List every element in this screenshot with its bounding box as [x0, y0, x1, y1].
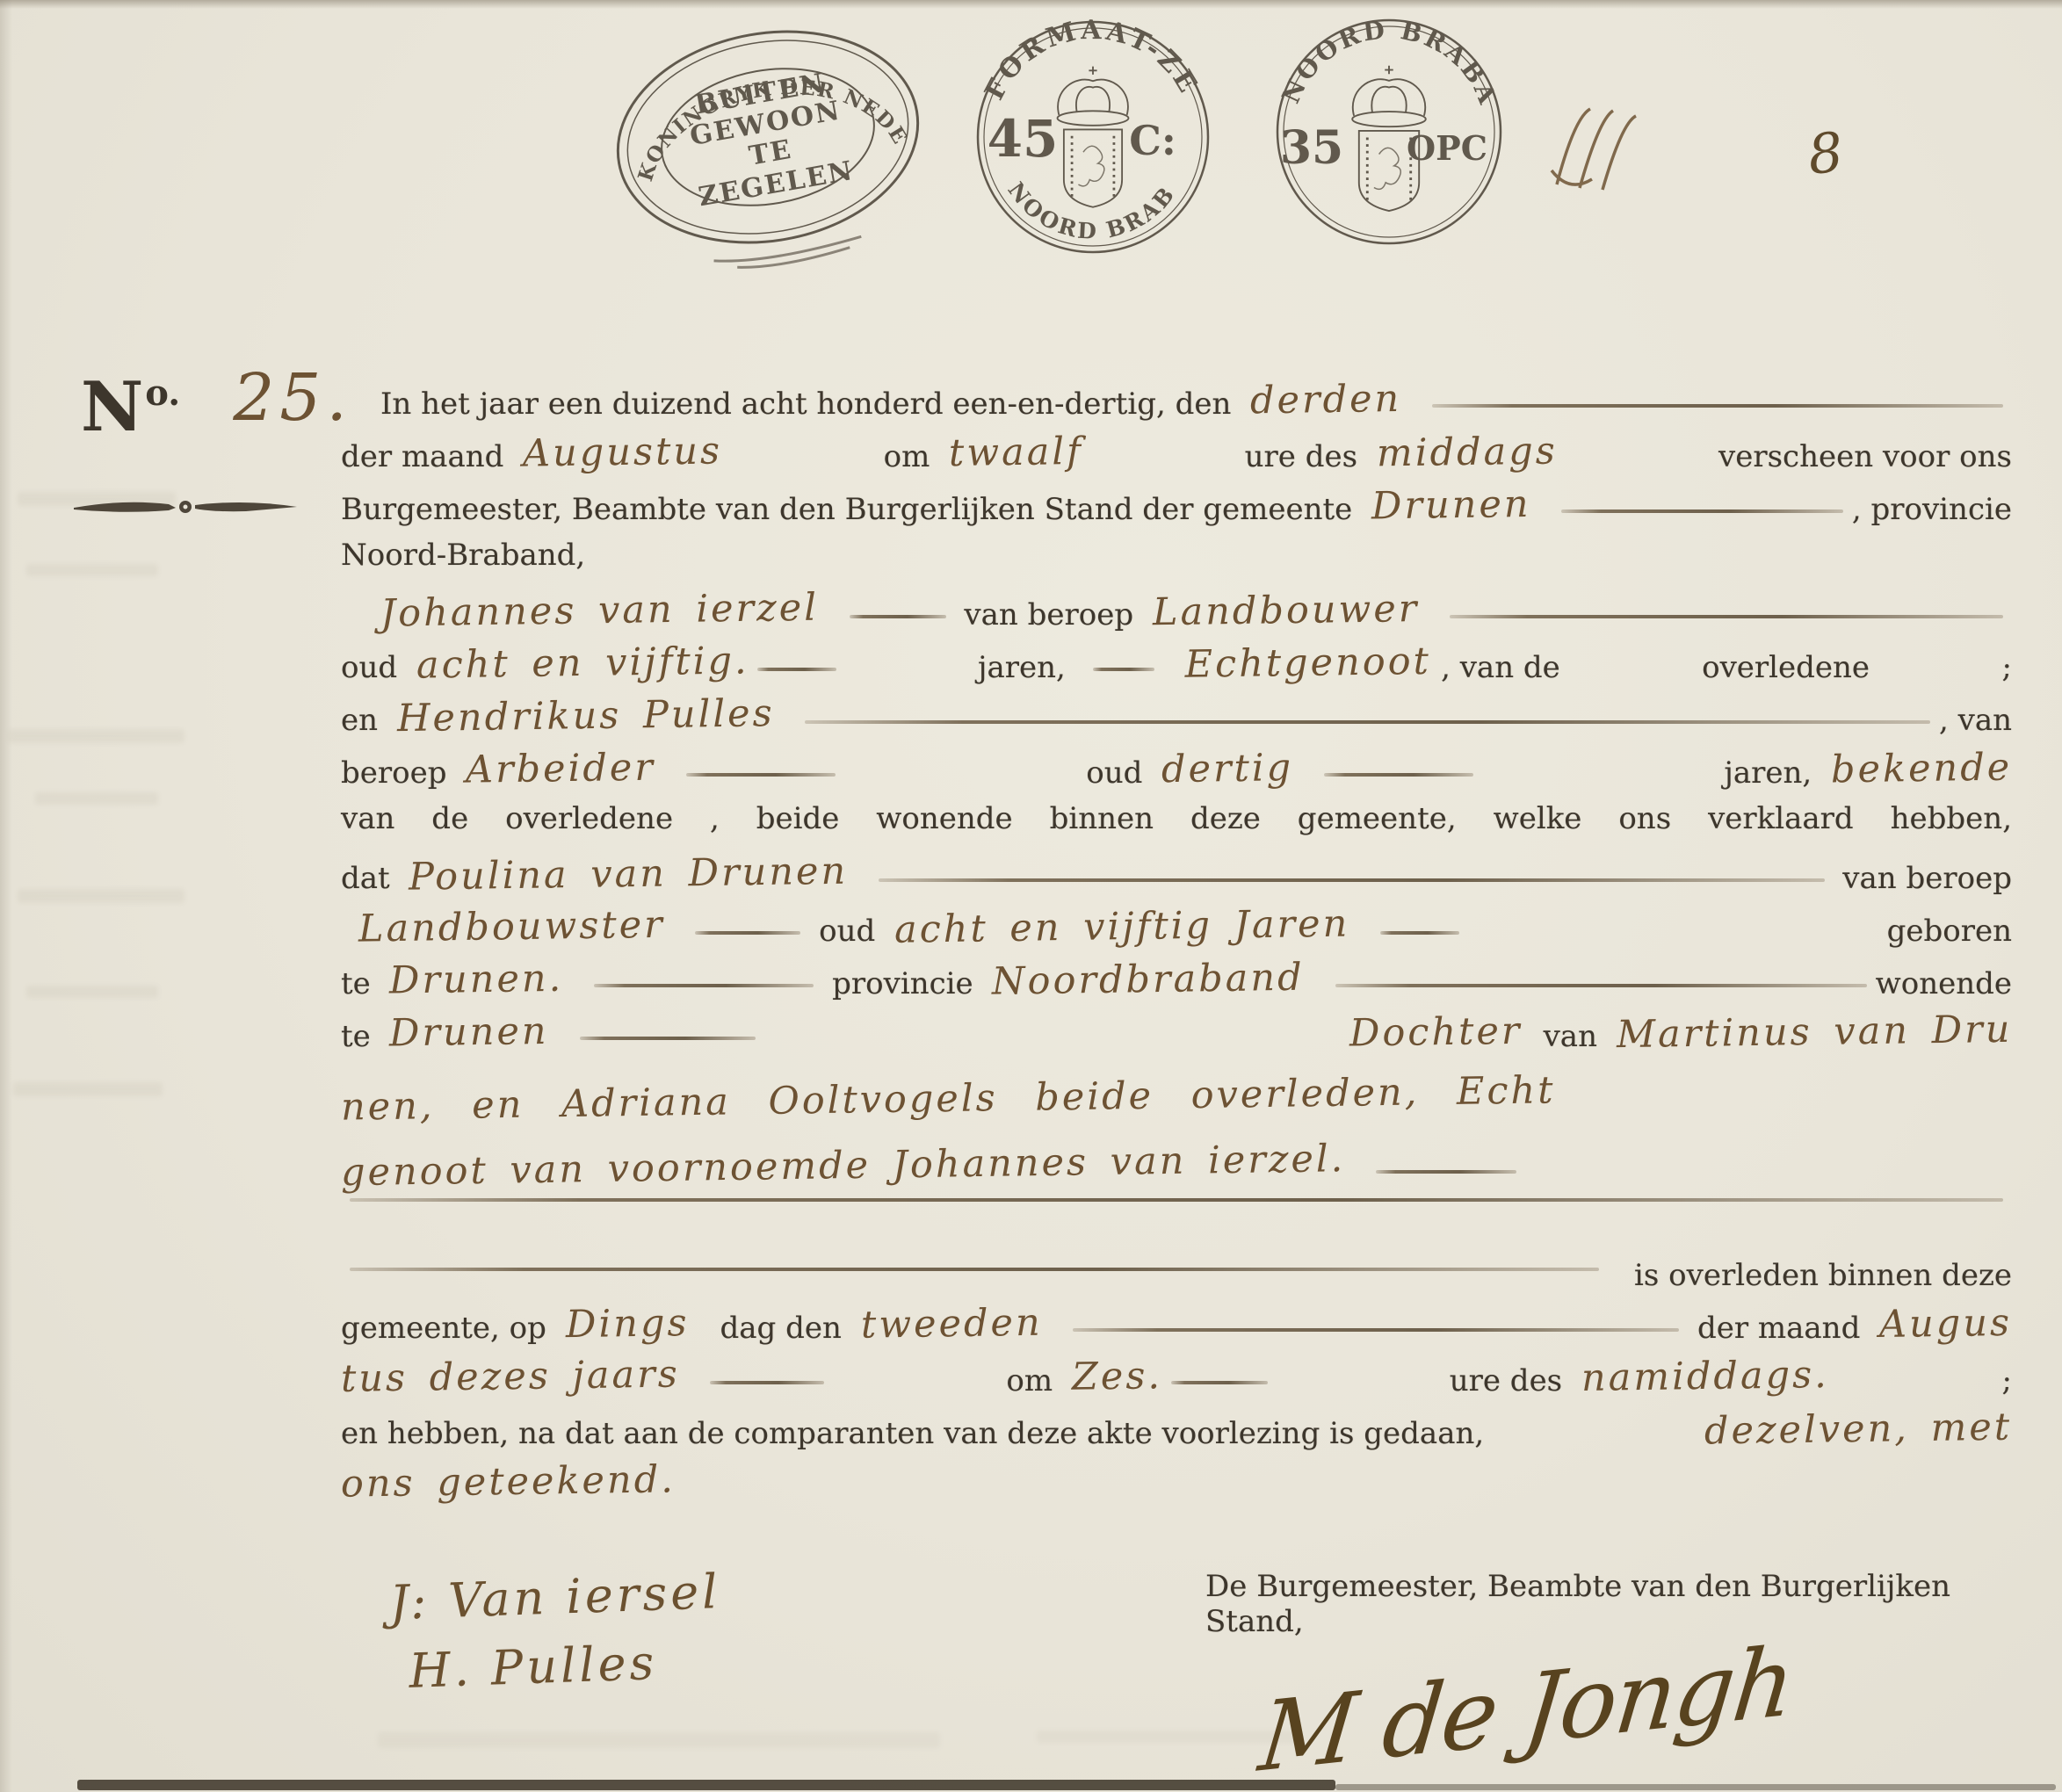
- document-page: KONINGRYK DER NEDERLANDEN BUITEN GEWOON …: [0, 0, 2062, 1792]
- act-line: te Drunen Dochter van Martinus van Dru: [341, 1012, 2012, 1079]
- act-line: nen, en Adriana Ooltvogels beide overled…: [341, 1079, 2012, 1145]
- act-number: 25.: [233, 360, 352, 436]
- page-number: 8: [1805, 119, 1846, 187]
- printed-text: verscheen voor ons: [1718, 439, 2012, 474]
- svg-text:NOORD BRABAND.: NOORD BRABAND.: [1277, 15, 1503, 138]
- handwritten-text: Noordbraband: [992, 955, 1327, 1003]
- printed-text: , van: [1939, 703, 2012, 738]
- printed-text: der maand: [341, 439, 523, 474]
- handwritten-text: twaalf: [949, 430, 1084, 475]
- bleedthrough-mark: [35, 792, 158, 805]
- printed-text: Noord-Braband,: [341, 538, 585, 573]
- handwritten-text: dertig: [1161, 746, 1315, 791]
- bleedthrough-mark: [26, 564, 158, 576]
- handwritten-text: bekende: [1830, 746, 2012, 792]
- bleedthrough-mark: [26, 986, 158, 998]
- blank-filler-dash: [710, 1381, 824, 1384]
- act-line: te Drunen. provincie Noordbraband wonend…: [341, 959, 2012, 1012]
- handwritten-text: middags: [1376, 430, 1557, 476]
- handwritten-text: Dochter: [1349, 1008, 1544, 1055]
- no-label: N: [81, 367, 145, 447]
- act-line: genoot van voornoemde Johannes van ierze…: [341, 1145, 2012, 1212]
- scan-edge-strip: [1335, 1784, 2056, 1790]
- printed-text: ;: [2002, 1363, 2012, 1398]
- stamp-flourish: [714, 235, 864, 272]
- stamp-buitengewoon-zegel: KONINGRYK DER NEDERLANDEN BUITEN GEWOON …: [596, 12, 940, 272]
- printed-text: geboren: [1887, 914, 2012, 949]
- printed-text: ure des: [1450, 1363, 1581, 1398]
- bleedthrough-mark: [18, 889, 184, 903]
- handwritten-text: acht en vijftig Jaren: [894, 901, 1372, 952]
- printed-text: en: [341, 703, 397, 738]
- printed-text: oud: [809, 914, 894, 949]
- act-body: In het jaar een duizend acht honderd een…: [341, 379, 2012, 1514]
- handwritten-text: tus dezes jaars: [341, 1352, 702, 1401]
- printed-text: ure des: [1245, 439, 1377, 474]
- handwritten-text: tweeden: [860, 1300, 1064, 1347]
- printed-text: jaren,: [978, 650, 1085, 685]
- blank-filler-dash: [1093, 668, 1154, 671]
- act-line: Johannes van ierzel van beroep Landbouwe…: [341, 590, 2012, 643]
- printed-text: van beroep: [955, 597, 1153, 632]
- blank-filler-dash: [1561, 509, 1843, 513]
- act-line: en hebben, na dat aan de comparanten van…: [341, 1409, 2012, 1462]
- stamp-top-text: NOORD BRABAND.: [1277, 15, 1503, 138]
- handwritten-text: Johannes van ierzel: [380, 585, 841, 635]
- act-line: beroep Arbeider oud dertig jaren, bekend…: [341, 748, 2012, 801]
- handwritten-text: acht en vijftig.: [416, 639, 749, 687]
- printed-text: is overleden binnen deze: [1634, 1258, 2012, 1293]
- handwritten-text: dezelven, met: [1704, 1405, 2013, 1454]
- handwritten-text: derden: [1250, 377, 1424, 423]
- handwritten-text: ons geteekend.: [341, 1457, 676, 1506]
- paper-top-edge: [0, 0, 2062, 9]
- printed-text: oud: [1086, 755, 1161, 791]
- blank-filler-dash: [695, 931, 800, 935]
- handwritten-text: Landbouwster: [358, 902, 687, 950]
- handwritten-text: Arbeider: [466, 745, 677, 791]
- printed-text: In het jaar een duizend acht honderd een…: [380, 387, 1250, 422]
- printed-text: der maand: [1688, 1311, 1879, 1346]
- paper-left-edge: [0, 0, 12, 1792]
- stamp-value-left: 45: [988, 109, 1059, 169]
- handwritten-text: genoot van voornoemde Johannes van ierze…: [341, 1137, 1368, 1195]
- handwritten-text: Echtgenoot: [1163, 639, 1432, 687]
- act-line: Burgemeester, Beambte van den Burgerlijk…: [341, 485, 2012, 538]
- bleedthrough-mark: [13, 1082, 163, 1096]
- act-line: [341, 1212, 2012, 1258]
- act-line: van de overledene , beide wonende binnen…: [341, 801, 2012, 854]
- printed-text: te: [341, 1019, 389, 1054]
- handwritten-text: Augus: [1879, 1301, 2013, 1347]
- blank-filler-dash: [686, 773, 836, 777]
- blank-filler-dash: [1171, 1381, 1268, 1384]
- printed-text: dag den: [711, 1311, 861, 1346]
- stamp-formaat-zegel: FORMAAT-ZEGEL. NOORD BRABAND. 45 C:: [961, 16, 1225, 258]
- printed-text: provincie: [822, 966, 992, 1001]
- printed-text: , van de: [1431, 650, 1569, 685]
- printed-text: en hebben, na dat aan de comparanten van…: [341, 1416, 1503, 1451]
- printed-text: overledene: [1702, 650, 1870, 685]
- blank-filler-dash: [594, 984, 814, 987]
- paraph-mark: [1545, 86, 1668, 209]
- printed-text: om: [1006, 1363, 1071, 1398]
- printed-text: gemeente, op: [341, 1311, 566, 1346]
- printed-text: te: [341, 966, 389, 1001]
- act-line: tus dezes jaars om Zes.ure des namiddags…: [341, 1356, 2012, 1409]
- act-line: oud acht en vijftig.jaren, Echtgenoot , …: [341, 643, 2012, 696]
- stamp-opcenten: NOORD BRABAND. 35 OPC: [1262, 14, 1516, 251]
- act-number-block: N o. 25.: [81, 367, 352, 447]
- handwritten-text: Martinus van Dru: [1616, 1008, 2012, 1057]
- handwritten-text: Drunen: [389, 1009, 571, 1056]
- printed-text: jaren,: [1724, 755, 1831, 791]
- blank-filler-dash: [1335, 984, 1867, 987]
- printed-text: wonende: [1876, 966, 2012, 1001]
- officer-block: De Burgemeester, Beambte van den Burgerl…: [1205, 1569, 2031, 1752]
- printed-text: van de overledene , beide wonende binnen…: [341, 801, 2012, 836]
- printed-text: beroep: [341, 755, 466, 791]
- blank-filler-dash: [350, 1198, 2003, 1202]
- blank-filler-dash: [1073, 1328, 1679, 1332]
- act-line: ons geteekend.: [341, 1462, 2012, 1514]
- blank-filler-dash: [1450, 615, 2003, 618]
- blank-filler-dash: [1324, 773, 1473, 777]
- blank-filler-dash: [350, 1268, 1599, 1271]
- stamp-value-left: 35: [1280, 121, 1343, 175]
- handwritten-text: namiddags.: [1581, 1353, 1828, 1400]
- blank-filler-dash: [850, 615, 946, 618]
- printed-text: ;: [2002, 650, 2012, 685]
- handwritten-text: Hendrikus Pulles: [396, 691, 796, 741]
- act-line: is overleden binnen deze: [341, 1258, 2012, 1304]
- blank-filler-dash: [805, 720, 1930, 724]
- blank-filler-dash: [1432, 404, 2003, 408]
- handwritten-text: Zes.: [1071, 1354, 1162, 1398]
- handwritten-text: Landbouwer: [1152, 587, 1441, 635]
- printed-text: van beroep: [1834, 861, 2013, 896]
- act-line: dat Poulina van Drunen van beroep: [341, 854, 2012, 907]
- act-content: In het jaar een duizend acht honderd een…: [341, 379, 2012, 1674]
- printed-text: oud: [341, 650, 416, 685]
- printed-text: dat: [341, 861, 409, 896]
- blank-filler-dash: [1376, 1170, 1516, 1174]
- no-label-sup: o.: [145, 372, 180, 414]
- handwritten-text: Dings: [565, 1301, 711, 1347]
- printed-text: Burgemeester, Beambte van den Burgerlijk…: [341, 492, 1371, 527]
- act-line: Landbouwster oud acht en vijftig Jaren g…: [341, 907, 2012, 959]
- handwritten-text: Poulina van Drunen: [409, 849, 870, 899]
- handwritten-text: Augustus: [523, 429, 723, 475]
- blank-filler-dash: [1380, 931, 1459, 935]
- act-line: Noord-Braband,: [341, 538, 2012, 590]
- act-line: gemeente, op Dings dag den tweeden der m…: [341, 1304, 2012, 1356]
- blank-filler-dash: [879, 878, 1824, 882]
- printed-text: van: [1544, 1019, 1617, 1054]
- scan-edge-strip: [77, 1780, 1335, 1790]
- blank-filler-dash: [757, 668, 836, 671]
- act-line: In het jaar een duizend acht honderd een…: [341, 379, 2012, 432]
- blank-filler-dash: [580, 1037, 756, 1040]
- bleedthrough-mark: [9, 729, 184, 743]
- stamp-value-right: C:: [1129, 117, 1176, 164]
- divider-ornament: [70, 492, 307, 522]
- handwritten-text: Drunen.: [389, 956, 586, 1002]
- handwritten-text: Drunen: [1371, 482, 1553, 529]
- printed-text: om: [884, 439, 949, 474]
- bleedthrough-mark: [378, 1732, 940, 1748]
- printed-text: , provincie: [1852, 492, 2012, 527]
- act-line: der maand Augustusom twaalfure des midda…: [341, 432, 2012, 485]
- act-line: en Hendrikus Pulles , van: [341, 696, 2012, 748]
